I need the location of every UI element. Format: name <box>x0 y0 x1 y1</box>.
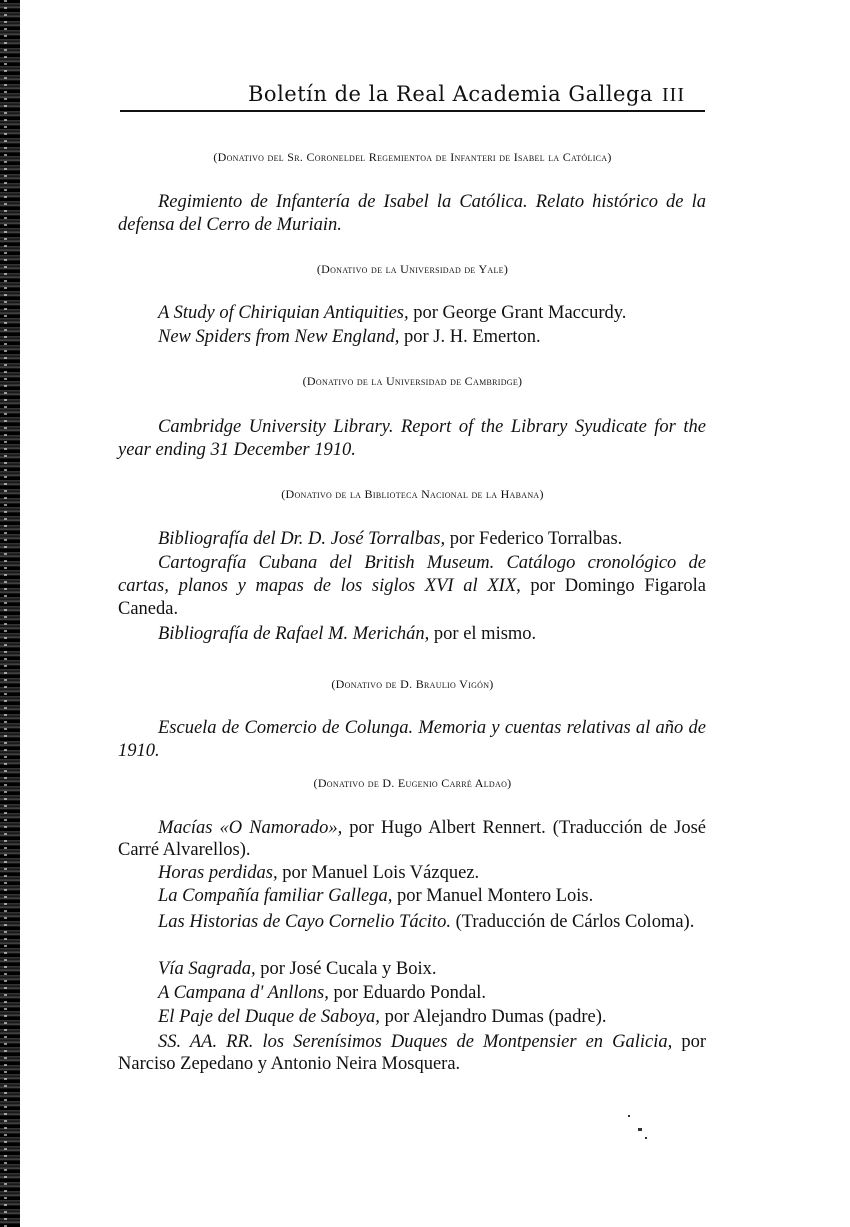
page-number: III <box>662 84 685 107</box>
bibliographic-entry: Las Historias de Cayo Cornelio Tácito. (… <box>118 911 706 933</box>
donor-heading: (Donativo del Sr. Coroneldel Regemientoa… <box>120 150 705 165</box>
donor-heading: (Donativo de D. Eugenio Carré Aldao) <box>120 776 705 791</box>
entry-title: La Compañía familiar Gallega, <box>158 886 392 906</box>
scanned-binding-edge <box>0 0 20 1227</box>
bibliographic-entry: Vía Sagrada, por José Cucala y Boix. <box>118 958 706 980</box>
entry-title: SS. AA. RR. los Serenísimos Duques de Mo… <box>158 1032 672 1052</box>
entry-author: (Traducción de Cárlos Coloma). <box>451 912 694 932</box>
entry-author: por Alejandro Dumas (padre). <box>380 1007 607 1027</box>
entry-author: por Manuel Lois Vázquez. <box>278 863 480 883</box>
entry-title: Macías «O Namorado», <box>158 818 342 838</box>
bibliographic-entry: Cambridge University Library. Report of … <box>118 416 706 462</box>
entry-title: Bibliografía del Dr. D. José Torralbas, <box>158 529 445 549</box>
running-head: Boletín de la Real Academia Gallega III <box>120 80 705 112</box>
donor-heading: (Donativo de la Universidad de Cambridge… <box>120 374 705 389</box>
scan-artifact <box>628 1115 630 1117</box>
bibliographic-entry: SS. AA. RR. los Serenísimos Duques de Mo… <box>118 1031 706 1075</box>
entry-author: por George Grant Maccurdy. <box>409 303 627 323</box>
bibliographic-entry: A Campana d' Anllons, por Eduardo Pondal… <box>118 982 706 1004</box>
entry-title: Las Historias de Cayo Cornelio Tácito. <box>158 912 451 932</box>
donor-heading: (Donativo de la Universidad de Yale) <box>120 262 705 277</box>
bibliographic-entry: El Paje del Duque de Saboya, por Alejand… <box>118 1006 706 1028</box>
bibliographic-entry: Bibliografía del Dr. D. José Torralbas, … <box>118 528 706 551</box>
bibliographic-entry: Escuela de Comercio de Colunga. Memoria … <box>118 717 706 763</box>
bibliographic-entry: Macías «O Namorado», por Hugo Albert Ren… <box>118 817 706 861</box>
entry-title: Bibliografía de Rafael M. Merichán, <box>158 624 429 644</box>
bibliographic-entry: New Spiders from New England, por J. H. … <box>118 326 706 349</box>
bibliographic-entry: La Compañía familiar Gallega, por Manuel… <box>118 885 706 907</box>
bibliographic-entry: A Study of Chiriquian Antiquities, por G… <box>118 302 706 325</box>
entry-title: Cambridge University Library. Report of … <box>118 417 706 460</box>
entry-title: New Spiders from New England, <box>158 327 399 347</box>
entry-author: por Federico Torralbas. <box>445 529 622 549</box>
entry-author: por el mismo. <box>429 624 536 644</box>
donor-heading: (Donativo de la Biblioteca Nacional de l… <box>120 487 705 502</box>
entry-title: A Study of Chiriquian Antiquities, <box>158 303 409 323</box>
donor-heading: (Donativo de D. Braulio Vigón) <box>120 677 705 692</box>
entry-title: Escuela de Comercio de Colunga. Memoria … <box>118 718 706 761</box>
journal-title: Boletín de la Real Academia Gallega <box>248 82 653 106</box>
scan-artifact <box>638 1128 642 1131</box>
entry-author: por Manuel Montero Lois. <box>392 886 593 906</box>
entry-author: por José Cucala y Boix. <box>256 959 437 979</box>
scan-artifact <box>645 1137 647 1139</box>
entry-author: por Eduardo Pondal. <box>329 983 486 1003</box>
bibliographic-entry: Cartografía Cubana del British Museum. C… <box>118 552 706 621</box>
bibliographic-entry: Bibliografía de Rafael M. Merichán, por … <box>118 623 706 646</box>
bibliographic-entry: Horas perdidas, por Manuel Lois Vázquez. <box>118 862 706 884</box>
entry-title: Vía Sagrada, <box>158 959 256 979</box>
entry-title: Horas perdidas, <box>158 863 278 883</box>
entry-title: Regimiento de Infantería de Isabel la Ca… <box>118 192 706 235</box>
entry-author: por J. H. Emerton. <box>399 327 540 347</box>
entry-title: El Paje del Duque de Saboya, <box>158 1007 380 1027</box>
entry-title: A Campana d' Anllons, <box>158 983 329 1003</box>
bibliographic-entry: Regimiento de Infantería de Isabel la Ca… <box>118 191 706 237</box>
